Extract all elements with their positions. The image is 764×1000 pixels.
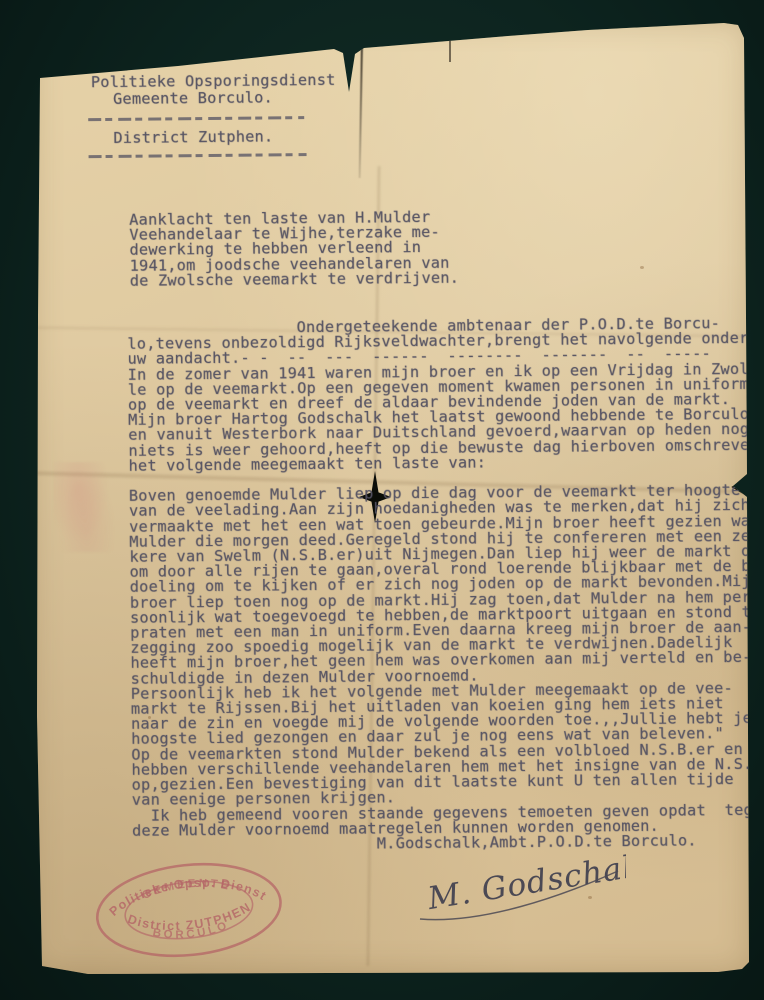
handwritten-signature: M. Godschalk. [412, 847, 626, 927]
typed-text-line: de Zwolsche veemarkt te verdrijven. [130, 270, 459, 288]
photo-background: Politieke Opsporingsdienst Gemeente Borc… [0, 0, 764, 1000]
letter-body-block: Ondergeteekende ambtenaar der P.O.D.te B… [127, 316, 764, 854]
paper-sheet: Politieke Opsporingsdienst Gemeente Borc… [28, 16, 754, 976]
charge-summary-block: Aanklacht ten laste van H.MulderVeehande… [129, 210, 459, 289]
typed-rule [88, 116, 304, 121]
signature-text: M. Godschalk. [424, 847, 626, 917]
letterhead-district: District Zutphen. [113, 129, 273, 146]
letterhead-service-name: Politieke Opsporingsdienst [91, 73, 336, 91]
office-stamp: Politieke Opsp. Dienst GEMEENTE BORCULO … [85, 852, 292, 970]
letterhead-municipality: Gemeente Borculo. [113, 90, 273, 107]
typed-document: Politieke Opsporingsdienst Gemeente Borc… [27, 13, 762, 980]
typed-rule [89, 153, 307, 158]
